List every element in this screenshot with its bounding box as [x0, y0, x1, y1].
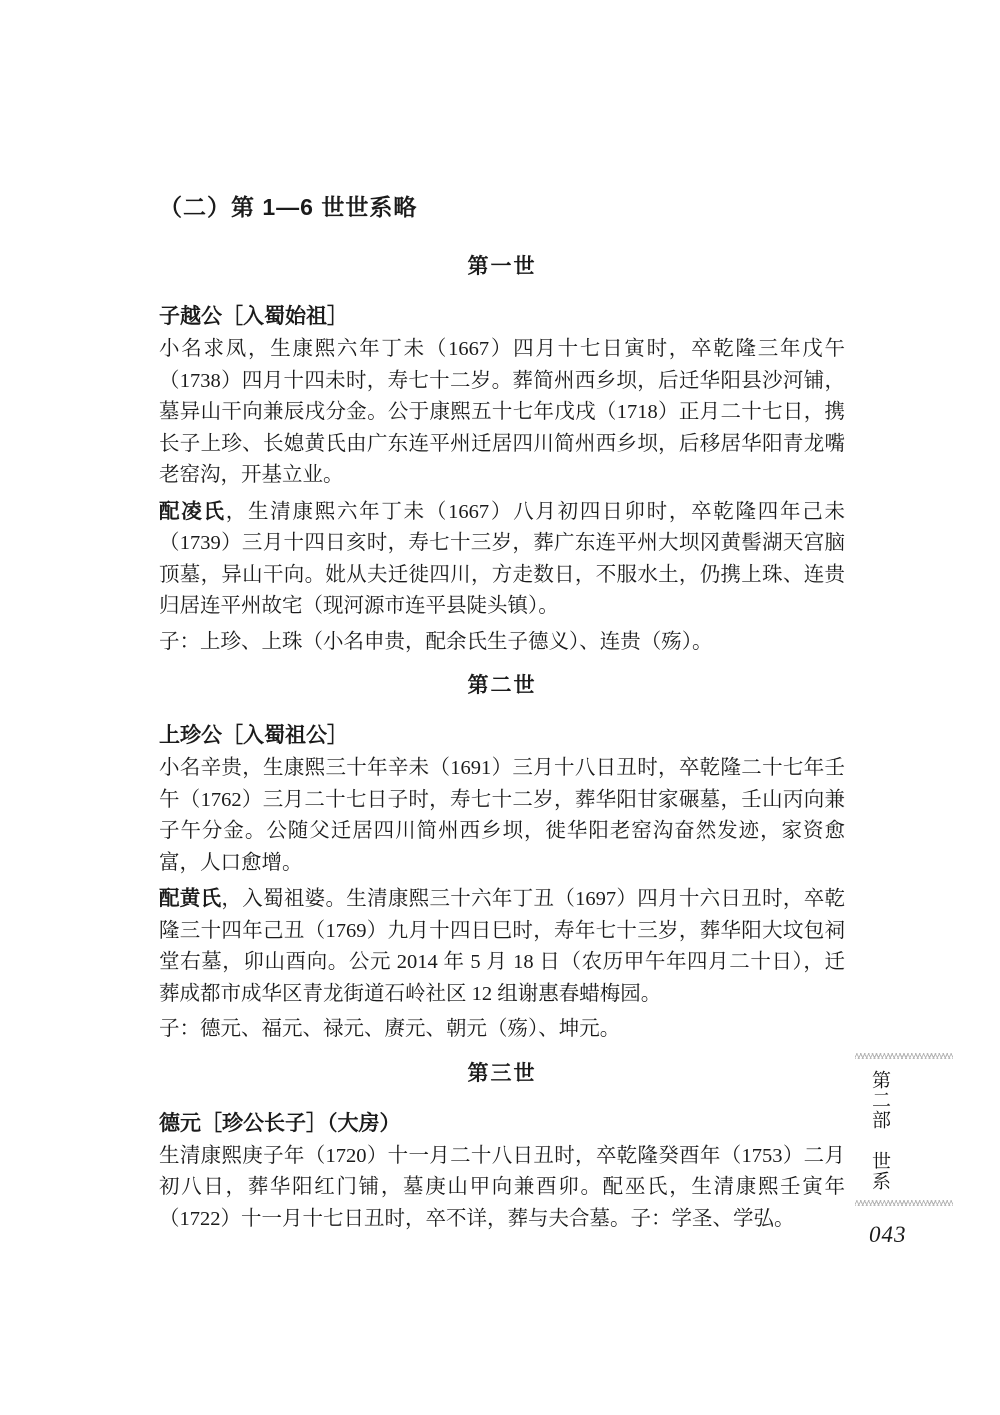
sidebar-part-label: 第二部 [866, 1070, 892, 1130]
person-name: 上珍公 [159, 724, 222, 747]
bio-paragraph: 小名求凤，生康熙六年丁未（1667）四月十七日寅时，卒乾隆三年戊午（1738）四… [159, 334, 845, 492]
generation-section-3: 第三世 德元［珍公长子］（大房） 生清康熙庚子年（1720）十一月二十八日丑时，… [159, 1059, 845, 1236]
generation-1-heading: 第一世 [159, 252, 845, 282]
spouse-name-lead: 配黄氏 [159, 887, 221, 910]
bio-paragraph: 生清康熙庚子年（1720）十一月二十八日丑时，卒乾隆癸酉年（1753）二月初八日… [159, 1141, 845, 1236]
doc-title: （二）第 1—6 世世系略 [159, 192, 845, 222]
page-content: （二）第 1—6 世世系略 第一世 子越公［入蜀始祖］ 小名求凤，生康熙六年丁未… [159, 192, 845, 1235]
page-number: 043 [869, 1222, 907, 1248]
spouse-paragraph-text: ，入蜀祖婆。生清康熙三十六年丁丑（1697）四月十六日丑时，卒乾隆三十四年己丑（… [159, 888, 845, 1005]
person-heading-deyuan: 德元［珍公长子］（大房） [159, 1109, 845, 1139]
generation-section-1: 第一世 子越公［入蜀始祖］ 小名求凤，生康熙六年丁未（1667）四月十七日寅时，… [159, 252, 845, 658]
person-tag: ［入蜀始祖］ [222, 305, 348, 328]
person-name: 子越公 [159, 305, 222, 328]
spouse-paragraph-text: ，生清康熙六年丁未（1667）八月初四日卯时，卒乾隆四年己未（1739）三月十四… [159, 501, 845, 618]
spouse-paragraph: 配黄氏，入蜀祖婆。生清康熙三十六年丁丑（1697）四月十六日丑时，卒乾隆三十四年… [159, 883, 845, 1010]
children-line: 子：德元、福元、禄元、赓元、朝元（殇）、坤元。 [159, 1014, 845, 1046]
person-tag: ［入蜀祖公］ [222, 724, 348, 747]
book-page: （二）第 1—6 世世系略 第一世 子越公［入蜀始祖］ 小名求凤，生康熙六年丁未… [0, 0, 1000, 1415]
spouse-paragraph: 配凌氏，生清康熙六年丁未（1667）八月初四日卯时，卒乾隆四年己未（1739）三… [159, 496, 845, 623]
bio-paragraph: 小名辛贵，生康熙三十年辛未（1691）三月十八日丑时，卒乾隆二十七年壬午（176… [159, 753, 845, 879]
generation-2-heading: 第二世 [159, 671, 845, 701]
children-line: 子：上珍、上珠（小名申贵，配余氏生子德义）、连贵（殇）。 [159, 627, 845, 659]
person-tag: ［珍公长子］（大房） [201, 1112, 401, 1135]
sidebar-section-label: 世系 [866, 1151, 892, 1191]
spouse-name-lead: 配凌氏 [159, 500, 226, 523]
person-heading-ziyuegong: 子越公［入蜀始祖］ [159, 302, 845, 332]
person-heading-shangzhengong: 上珍公［入蜀祖公］ [159, 721, 845, 751]
generation-section-2: 第二世 上珍公［入蜀祖公］ 小名辛贵，生康熙三十年辛未（1691）三月十八日丑时… [159, 671, 845, 1046]
person-name: 德元 [159, 1112, 201, 1135]
generation-3-heading: 第三世 [159, 1059, 845, 1089]
sidebar-rule-bottom [855, 1200, 953, 1206]
sidebar-rule-top [855, 1053, 953, 1059]
